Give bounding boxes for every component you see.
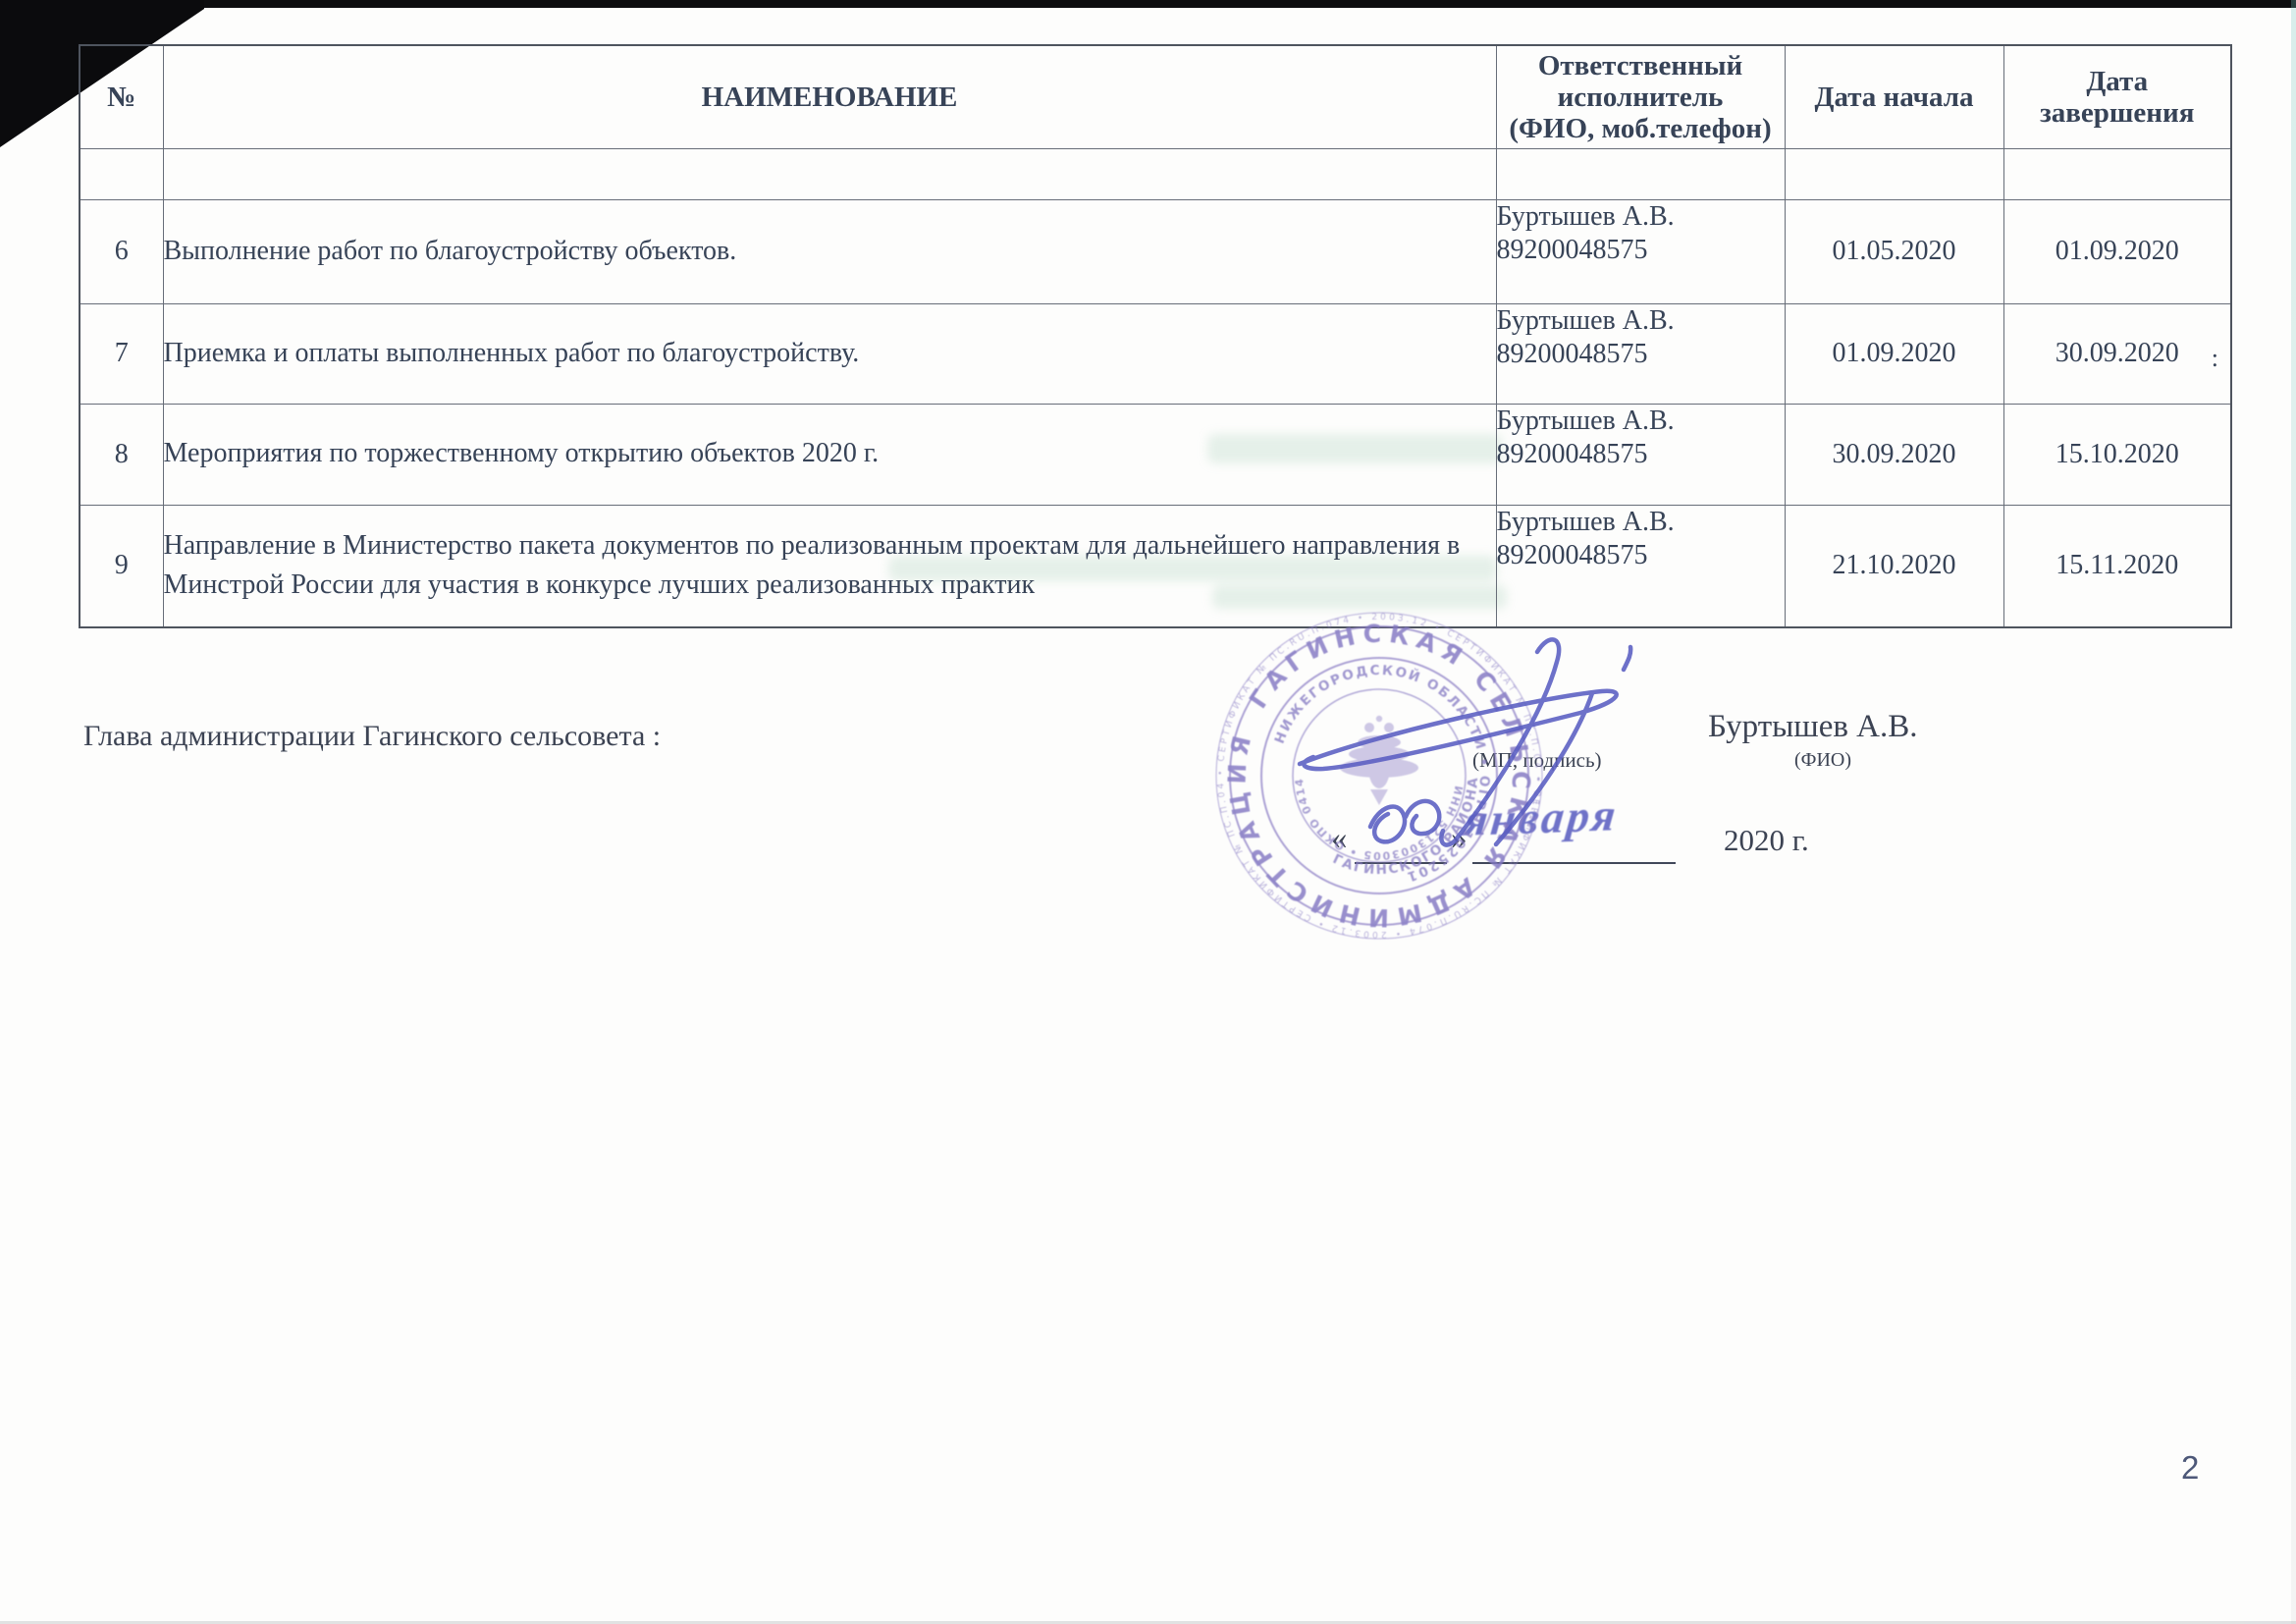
- table-row: 6 Выполнение работ по благоустройству об…: [80, 199, 2231, 303]
- header-num: №: [80, 45, 163, 148]
- stamp-eagle-emblem: [1340, 716, 1418, 805]
- signatory-name: Буртышев А.В.: [1708, 709, 1918, 745]
- scan-right-edge-artifact: [2291, 0, 2296, 1624]
- row-date-start: 30.09.2020: [1785, 404, 2003, 505]
- header-date-end: Дата завершения: [2003, 45, 2231, 148]
- table-row: 7 Приемка и оплаты выполненных работ по …: [80, 303, 2231, 404]
- row-number: 8: [80, 404, 163, 505]
- row-executor: Буртышев А.В. 89200048575: [1496, 404, 1785, 505]
- row-number: 9: [80, 505, 163, 627]
- date-year-label: 2020 г.: [1724, 823, 1809, 858]
- scan-top-edge-artifact: [0, 0, 2296, 8]
- row-task-name: Приемка и оплаты выполненных работ по бл…: [163, 303, 1496, 404]
- row-number: 7: [80, 303, 163, 404]
- header-name: НАИМЕНОВАНИЕ: [163, 45, 1496, 148]
- signature-tick-stroke: [1624, 647, 1630, 670]
- header-date-start: Дата начала: [1785, 45, 2003, 148]
- row-executor: Буртышев А.В. 89200048575: [1496, 199, 1785, 303]
- table-row: 9 Направление в Министерство пакета доку…: [80, 505, 2231, 627]
- scanned-document-page: № НАИМЕНОВАНИЕ Ответственный исполнитель…: [0, 0, 2296, 1624]
- header-executor: Ответственный исполнитель (ФИО, моб.теле…: [1496, 45, 1785, 148]
- row-executor: Буртышев А.В. 89200048575: [1496, 303, 1785, 404]
- row-date-start: 01.09.2020: [1785, 303, 2003, 404]
- row-date-start: 01.05.2020: [1785, 199, 2003, 303]
- table-header-row: № НАИМЕНОВАНИЕ Ответственный исполнитель…: [80, 45, 2231, 148]
- stray-mark: :: [2212, 344, 2218, 373]
- row-number: 6: [80, 199, 163, 303]
- work-plan-table: № НАИМЕНОВАНИЕ Ответственный исполнитель…: [79, 44, 2232, 628]
- row-date-end: 15.11.2020: [2003, 505, 2231, 627]
- row-date-end: 01.09.2020: [2003, 199, 2231, 303]
- table-row: 8 Мероприятия по торжественному открытию…: [80, 404, 2231, 505]
- official-round-stamp: • СЕРТИФИКАТ № ПС.RU.П.074 • 2003.12 • С…: [1209, 601, 1548, 940]
- signatory-title: Глава администрации Гагинского сельсовет…: [83, 720, 661, 753]
- row-date-end: 30.09.2020 :: [2003, 303, 2231, 404]
- row-date-start: 21.10.2020: [1785, 505, 2003, 627]
- row-date-end: 15.10.2020: [2003, 404, 2231, 505]
- row-task-name: Мероприятия по торжественному открытию о…: [163, 404, 1496, 505]
- table-empty-row: [80, 148, 2231, 199]
- fio-caption: (ФИО): [1794, 749, 1851, 772]
- page-number: 2: [2181, 1449, 2199, 1487]
- row-task-name: Выполнение работ по благоустройству объе…: [163, 199, 1496, 303]
